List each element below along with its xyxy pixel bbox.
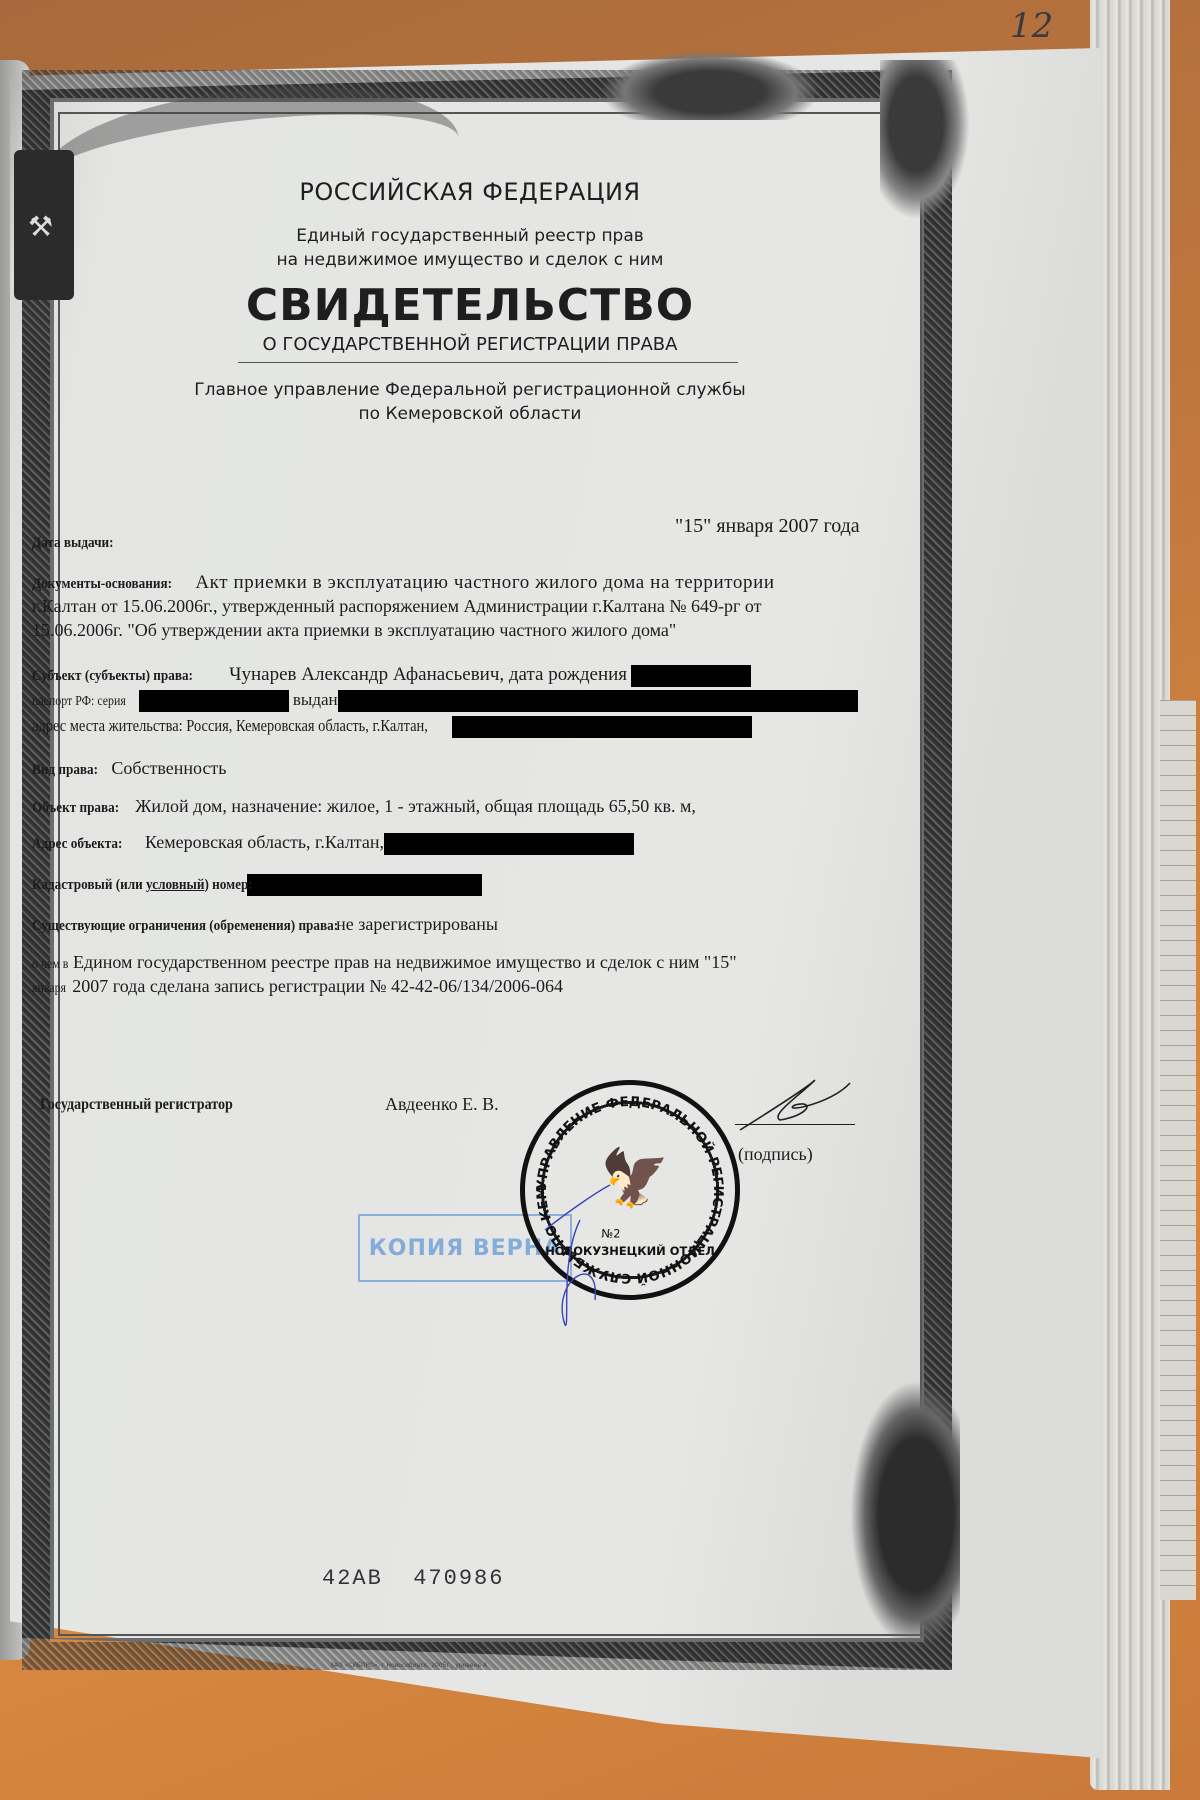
blue-ink-signature-icon bbox=[540, 1180, 620, 1340]
object-address-value: Кемеровская область, г.Калтан, bbox=[145, 832, 384, 852]
country-heading: РОССИЙСКАЯ ФЕДЕРАЦИЯ bbox=[170, 178, 770, 206]
inserted-sheet-edge bbox=[1160, 700, 1196, 1600]
registrar-label: Государственный регистратор bbox=[40, 1096, 233, 1114]
object-address-label: Адрес объекта: bbox=[32, 836, 122, 853]
right-type-value: Собственность bbox=[111, 758, 226, 778]
handwritten-signature-icon bbox=[720, 1075, 870, 1145]
redacted-residence-address bbox=[452, 716, 752, 738]
agency-line-2: по Кемеровской области bbox=[170, 404, 770, 424]
cadastral-underlined-word: условный bbox=[146, 877, 204, 893]
registrar-name: Авдеенко Е. В. bbox=[385, 1094, 499, 1115]
documents-line-2: г.Калтан от 15.06.2006г., утвержденный р… bbox=[32, 596, 762, 617]
redacted-passport-series bbox=[139, 690, 289, 712]
issue-date: "15" января 2007 года bbox=[675, 515, 860, 538]
subtitle-underline bbox=[238, 362, 738, 363]
object-label: Объект права: bbox=[32, 800, 119, 817]
documents-label: Документы-основания: bbox=[32, 576, 172, 593]
redacted-passport-issuer bbox=[338, 690, 858, 712]
handwritten-page-number: 12 bbox=[1010, 6, 1053, 46]
issued-label: выдан bbox=[293, 690, 338, 709]
agency-line-1: Главное управление Федеральной регистрац… bbox=[170, 380, 770, 400]
subject-name: Чунарев Александр Афанасьевич, дата рожд… bbox=[229, 664, 627, 685]
hammer-pick-icon: ⚒ bbox=[28, 210, 53, 244]
restrictions-label: Существующие ограничения (обременения) п… bbox=[32, 918, 338, 935]
redacted-object-address bbox=[384, 833, 634, 855]
signature-caption: (подпись) bbox=[738, 1144, 813, 1165]
bottom-right-ornament bbox=[850, 1380, 960, 1650]
regional-coat-of-arms-icon: ⚒ bbox=[14, 150, 74, 300]
record-line-1: Едином государственном реестре прав на н… bbox=[73, 952, 737, 972]
object-value: Жилой дом, назначение: жилое, 1 - этажны… bbox=[135, 796, 696, 816]
page-stack-edge bbox=[1090, 0, 1170, 1790]
top-emblem-ornament bbox=[600, 50, 820, 120]
document-subtitle: О ГОСУДАРСТВЕННОЙ РЕГИСТРАЦИИ ПРАВА bbox=[170, 334, 770, 355]
issue-date-label: Дата выдачи: bbox=[32, 535, 114, 552]
redacted-cadastral-number bbox=[247, 874, 482, 896]
printer-imprint: ЗАО «СИБПРО», г.Новосибирск, 2005г., уро… bbox=[330, 1662, 487, 1669]
redacted-birthdate bbox=[631, 665, 751, 687]
registry-line-2: на недвижимое имущество и сделок с ним bbox=[170, 250, 770, 270]
residence-address: адрес места жительства: Россия, Кемеровс… bbox=[32, 716, 428, 736]
documents-line-3: 15.06.2006г. "Об утверждении акта приемк… bbox=[32, 620, 676, 641]
document-title: СВИДЕТЕЛЬСТВО bbox=[170, 280, 770, 331]
record-line-2: 2007 года сделана запись регистрации № 4… bbox=[72, 976, 563, 996]
form-serial-number: 42АВ 470986 bbox=[322, 1566, 504, 1591]
registry-line-1: Единый государственный реестр прав bbox=[170, 226, 770, 246]
passport-label: паспорт РФ: серия bbox=[32, 694, 126, 710]
cadastral-label: Кадастровый (или условный) номер: bbox=[32, 877, 253, 894]
restrictions-value: не зарегистрированы bbox=[336, 914, 498, 934]
documents-line-1: Акт приемки в эксплуатацию частного жило… bbox=[195, 572, 774, 593]
right-type-label: Вид права: bbox=[32, 762, 98, 779]
top-right-ornament bbox=[880, 60, 970, 220]
subject-label: Субъект (субъекты) права: bbox=[32, 668, 193, 685]
